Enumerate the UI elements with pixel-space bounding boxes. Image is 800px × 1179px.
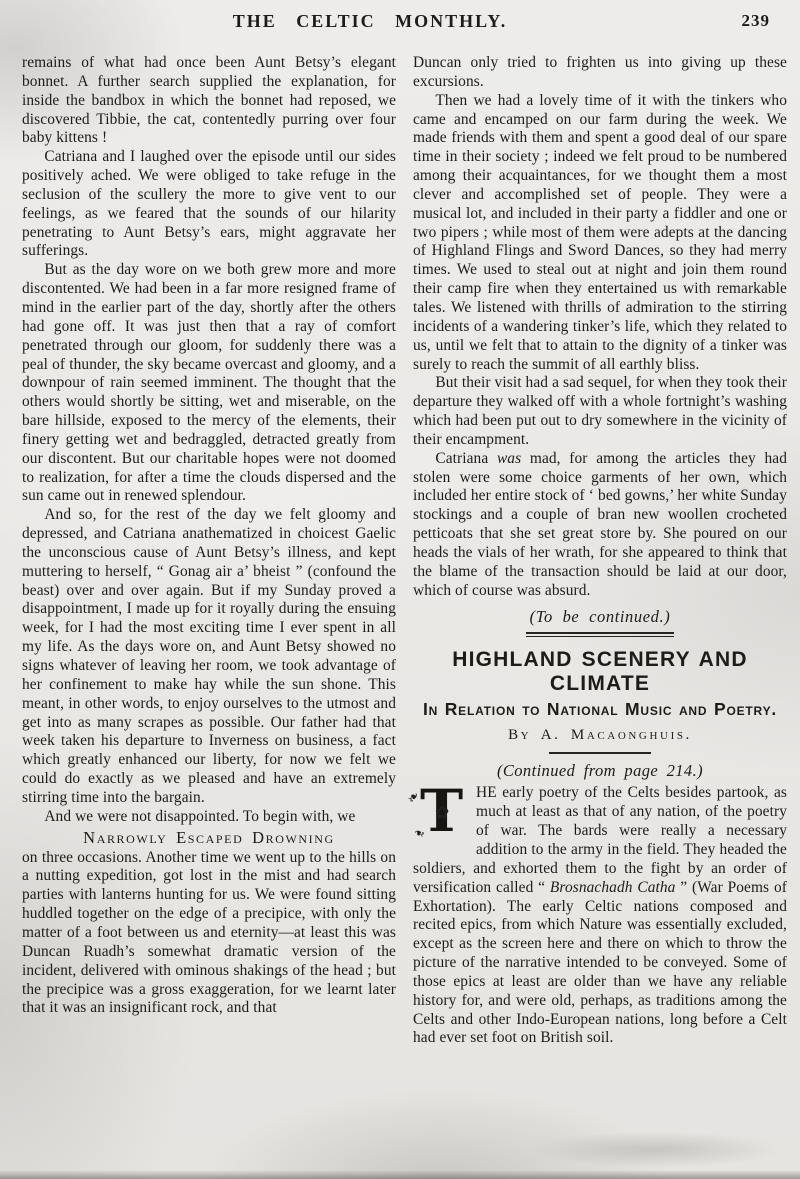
paragraph: Then we had a lovely time of it with the… xyxy=(413,92,787,375)
continued-from-note: (Continued from page 214.) xyxy=(413,761,787,781)
article-subtitle: In Relation to National Music and Poetry… xyxy=(413,699,787,720)
gaelic-term-italic: Brosnachadh Catha xyxy=(550,879,676,896)
flower-ornament-icon: ✿ xyxy=(435,804,449,823)
article-byline: By A. Macaonghuis. xyxy=(413,727,787,744)
paragraph: But as the day wore on we both grew more… xyxy=(22,261,396,506)
paragraph: And so, for the rest of the day we felt … xyxy=(22,506,396,808)
emphasized-word: was xyxy=(497,450,521,467)
right-column: Duncan only tried to frighten us into gi… xyxy=(413,54,787,1048)
two-column-layout: remains of what had once been Aunt Betsy… xyxy=(0,47,800,1048)
byline-rule xyxy=(549,752,651,754)
to-be-continued-note: (To be continued.) xyxy=(413,607,787,627)
article-first-paragraph: T✿❧❧HE early poetry of the Celts besides… xyxy=(413,784,787,1048)
paragraph: But their visit had a sad sequel, for wh… xyxy=(413,374,787,449)
paragraph-text: ” (War Poems of Exhortation). The early … xyxy=(413,879,787,1047)
paragraph-text: Catriana xyxy=(435,450,497,467)
section-divider-rule xyxy=(526,632,674,637)
paragraph-text: mad, for among the articles they had sto… xyxy=(413,450,787,599)
page-header: THE CELTIC MONTHLY. 239 xyxy=(0,0,800,47)
ornate-dropcap: T✿❧❧ xyxy=(413,787,469,844)
paragraph: Catriana was mad, for among the articles… xyxy=(413,450,787,601)
paragraph: on three occasions. Another time we went… xyxy=(22,849,396,1019)
paragraph: Duncan only tried to frighten us into gi… xyxy=(413,54,787,92)
magazine-page-scan: THE CELTIC MONTHLY. 239 remains of what … xyxy=(0,0,800,1179)
section-subheading: Narrowly Escaped Drowning xyxy=(22,828,396,848)
left-column: remains of what had once been Aunt Betsy… xyxy=(22,54,396,1048)
paragraph: And we were not disappointed. To begin w… xyxy=(22,808,396,827)
article-title: HIGHLAND SCENERY AND CLIMATE xyxy=(413,648,787,696)
paragraph: remains of what had once been Aunt Betsy… xyxy=(22,54,396,148)
paragraph: Catriana and I laughed over the episode … xyxy=(22,148,396,261)
journal-title: THE CELTIC MONTHLY. xyxy=(0,11,740,32)
page-number: 239 xyxy=(742,11,771,31)
